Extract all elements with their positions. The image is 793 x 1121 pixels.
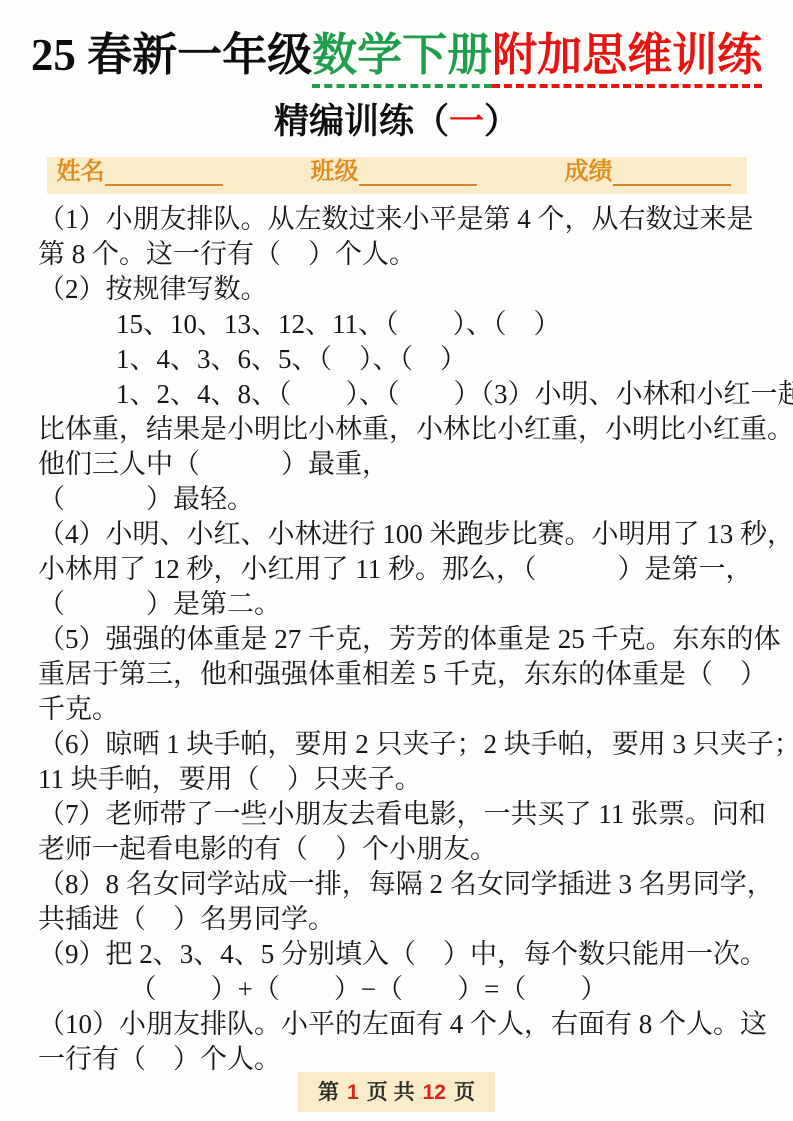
worksheet-line: （ ）+（ ）−（ ）=（ ） bbox=[38, 972, 759, 1007]
worksheet-line: （1）小朋友排队。从左数过来小平是第 4 个，从右数过来是 bbox=[38, 202, 759, 237]
worksheet-line: （5）强强的体重是 27 千克，芳芳的体重是 25 千克。东东的体 bbox=[38, 622, 759, 657]
worksheet-line: （4）小明、小红、小林进行 100 米跑步比赛。小明用了 13 秒， bbox=[38, 517, 759, 552]
worksheet-line: 重居于第三，他和强强体重相差 5 千克，东东的体重是（ ） bbox=[38, 657, 759, 692]
worksheet-line: （2）按规律写数。 bbox=[38, 272, 759, 307]
info-bar: 姓名 班级 成绩 bbox=[47, 157, 747, 194]
worksheet-line: 11 块手帕，要用（ ）只夹子。 bbox=[38, 762, 759, 797]
worksheet-line: （6）晾晒 1 块手帕，要用 2 只夹子；2 块手帕，要用 3 只夹子； bbox=[38, 727, 759, 762]
worksheet-page: 25 春新一年级数学下册附加思维训练 精编训练（一） 姓名 班级 成绩 （1）小… bbox=[0, 0, 793, 1121]
worksheet-line: 15、10、13、12、11、（ ）、（ ） bbox=[38, 307, 759, 342]
info-field-name: 姓名 bbox=[57, 151, 223, 186]
worksheet-body: （1）小朋友排队。从左数过来小平是第 4 个，从右数过来是第 8 个。这一行有（… bbox=[0, 194, 793, 1077]
fill-in-blank bbox=[105, 164, 223, 186]
worksheet-line: （ ）最轻。 bbox=[38, 482, 759, 517]
info-field-label: 姓名 bbox=[57, 151, 105, 186]
info-field-label: 班级 bbox=[311, 151, 359, 186]
worksheet-line: （ ）是第二。 bbox=[38, 587, 759, 622]
worksheet-line: 1、4、3、6、5、（ ）、（ ） bbox=[38, 342, 759, 377]
footer-label-last: 页 bbox=[454, 1081, 475, 1104]
subtitle-number: 一 bbox=[449, 102, 484, 141]
page-footer: 第1页 共12页 bbox=[0, 1072, 793, 1112]
worksheet-line: 千克。 bbox=[38, 692, 759, 727]
title-grade: 25 春新一年级 bbox=[31, 30, 312, 80]
subtitle-suffix: ） bbox=[484, 102, 519, 141]
title-subject: 数学下册 bbox=[312, 30, 492, 88]
info-field-score: 成绩 bbox=[565, 151, 731, 186]
worksheet-line: 比体重，结果是小明比小林重，小林比小红重，小明比小红重。 bbox=[38, 412, 759, 447]
worksheet-line: 第 8 个。这一行有（ ）个人。 bbox=[38, 237, 759, 272]
worksheet-line: 共插进（ ）名男同学。 bbox=[38, 902, 759, 937]
worksheet-line: （7）老师带了一些小朋友去看电影，一共买了 11 张票。问和 bbox=[38, 797, 759, 832]
fill-in-blank bbox=[359, 164, 477, 186]
footer-current-page: 1 bbox=[347, 1081, 359, 1104]
page-title: 25 春新一年级数学下册附加思维训练 bbox=[0, 0, 793, 82]
footer-label-middle: 页 共 bbox=[367, 1081, 415, 1104]
worksheet-line: 老师一起看电影的有（ ）个小朋友。 bbox=[38, 832, 759, 867]
info-field-class: 班级 bbox=[311, 151, 477, 186]
footer-label-first: 第 bbox=[318, 1081, 339, 1104]
worksheet-line: （10）小朋友排队。小平的左面有 4 个人，右面有 8 个人。这 bbox=[38, 1007, 759, 1042]
page-subtitle: 精编训练（一） bbox=[0, 94, 793, 144]
worksheet-line: 1、2、4、8、（ ）、（ ）（3）小明、小林和小红一起 bbox=[38, 377, 759, 412]
info-field-label: 成绩 bbox=[565, 151, 613, 186]
footer-total-pages: 12 bbox=[423, 1081, 446, 1104]
worksheet-line: 小林用了 12 秒，小红用了 11 秒。那么，（ ）是第一， bbox=[38, 552, 759, 587]
fill-in-blank bbox=[613, 164, 731, 186]
title-topic: 附加思维训练 bbox=[492, 30, 762, 88]
worksheet-line: （8）8 名女同学站成一排，每隔 2 名女同学插进 3 名男同学， bbox=[38, 867, 759, 902]
page-number-bar: 第1页 共12页 bbox=[298, 1072, 495, 1112]
worksheet-line: 他们三人中（ ）最重， bbox=[38, 447, 759, 482]
subtitle-prefix: 精编训练（ bbox=[274, 102, 449, 141]
worksheet-line: （9）把 2、3、4、5 分别填入（ ）中，每个数只能用一次。 bbox=[38, 937, 759, 972]
